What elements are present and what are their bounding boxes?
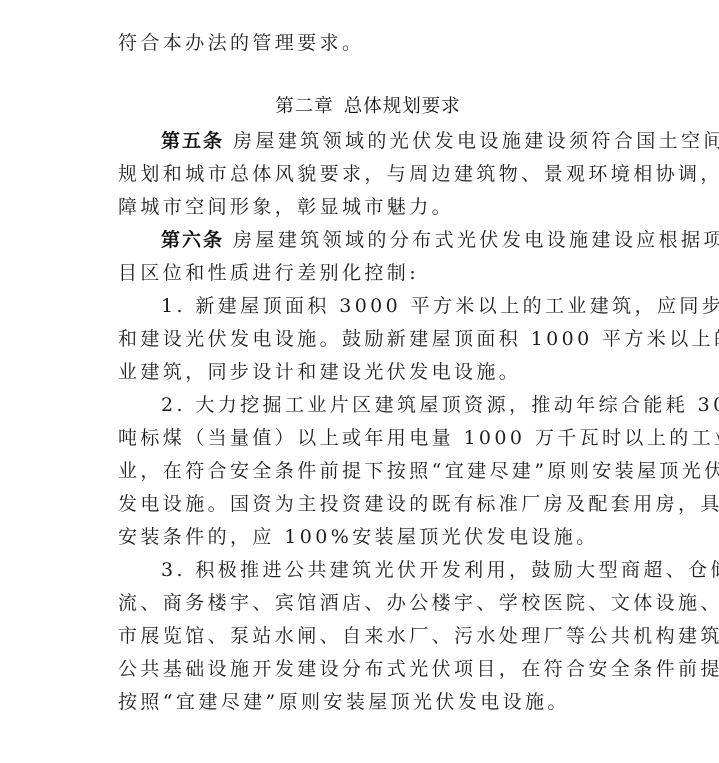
paragraph-line: 2. 大力挖掘工业片区建筑屋顶资源，推动年综合能耗 3000: [118, 389, 618, 422]
paragraph-line: 按照“宜建尽建”原则安装屋顶光伏发电设施。: [118, 686, 618, 719]
intro-line: 符合本办法的管理要求。: [118, 27, 618, 60]
chapter-heading: 第二章总体规划要求: [118, 90, 618, 123]
paragraph-line: 和建设光伏发电设施。鼓励新建屋顶面积 1000 平方米以上的工: [118, 323, 618, 356]
article-label: 第六条: [161, 229, 224, 251]
paragraph-line: 业建筑，同步设计和建设光伏发电设施。: [118, 356, 618, 389]
chapter-title: 总体规划要求: [344, 96, 461, 117]
article-label: 第五条: [161, 130, 224, 152]
article-6: 第六条房屋建筑领域的分布式光伏发电设施建设应根据项 目区位和性质进行差别化控制:…: [118, 224, 618, 719]
document-page: 符合本办法的管理要求。 第二章总体规划要求 第五条房屋建筑领域的光伏发电设施建设…: [118, 27, 618, 719]
paragraph-line: 市展览馆、泵站水闸、自来水厂、污水处理厂等公共机构建筑、: [118, 620, 618, 653]
paragraph-line: 目区位和性质进行差别化控制:: [118, 257, 618, 290]
list-item-2: 2. 大力挖掘工业片区建筑屋顶资源，推动年综合能耗 3000 吨标煤（当量值）以…: [118, 389, 618, 554]
paragraph-line: 3. 积极推进公共建筑光伏开发利用，鼓励大型商超、仓储物: [118, 554, 618, 587]
paragraph-line: 1. 新建屋顶面积 3000 平方米以上的工业建筑，应同步设计: [118, 290, 618, 323]
paragraph-line: 障城市空间形象，彰显城市魅力。: [118, 191, 618, 224]
list-item-1: 1. 新建屋顶面积 3000 平方米以上的工业建筑，应同步设计 和建设光伏发电设…: [118, 290, 618, 389]
paragraph-line: 流、商务楼宇、宾馆酒店、办公楼宇、学校医院、文体设施、城: [118, 587, 618, 620]
paragraph-line: 公共基础设施开发建设分布式光伏项目，在符合安全条件前提下: [118, 653, 618, 686]
list-item-3: 3. 积极推进公共建筑光伏开发利用，鼓励大型商超、仓储物 流、商务楼宇、宾馆酒店…: [118, 554, 618, 719]
paragraph-line: 发电设施。国资为主投资建设的既有标准厂房及配套用房，具备: [118, 488, 618, 521]
paragraph-line: 业，在符合安全条件前提下按照“宜建尽建”原则安装屋顶光伏: [118, 455, 618, 488]
paragraph-line: 第五条房屋建筑领域的光伏发电设施建设须符合国土空间: [118, 125, 618, 158]
chapter-number: 第二章: [275, 96, 334, 117]
paragraph-line: 第六条房屋建筑领域的分布式光伏发电设施建设应根据项: [118, 224, 618, 257]
paragraph-line: 安装条件的，应 100%安装屋顶光伏发电设施。: [118, 521, 618, 554]
paragraph-line: 规划和城市总体风貌要求，与周边建筑物、景观环境相协调，保: [118, 158, 618, 191]
paragraph-line: 吨标煤（当量值）以上或年用电量 1000 万千瓦时以上的工业企: [118, 422, 618, 455]
article-5: 第五条房屋建筑领域的光伏发电设施建设须符合国土空间 规划和城市总体风貌要求，与周…: [118, 125, 618, 224]
